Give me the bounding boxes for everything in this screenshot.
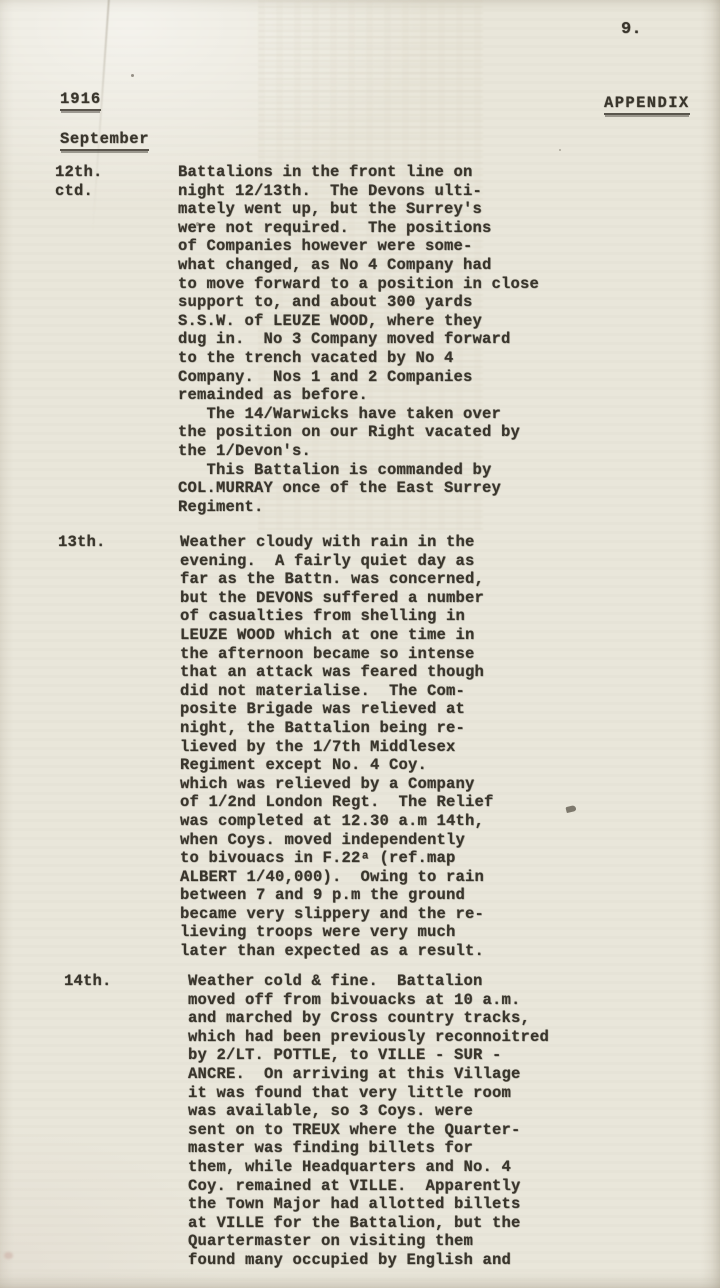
year-heading: 1916: [60, 90, 101, 111]
page-number: 9.: [621, 21, 642, 40]
entry-date-label: 12th. ctd.: [55, 163, 103, 200]
entry-body-text: Weather cold & fine. Battalion moved off…: [188, 972, 549, 1270]
paper-blemish: [4, 1252, 13, 1259]
entry-body-text: Battalions in the front line on night 12…: [178, 163, 539, 516]
ink-speck: [565, 805, 576, 813]
entry-body-text: Weather cloudy with rain in the evening.…: [180, 533, 494, 961]
entry-date-label: 13th.: [58, 533, 106, 552]
ink-speck: [131, 74, 134, 77]
entry-date-label: 14th.: [64, 972, 112, 991]
appendix-heading: APPENDIX: [604, 94, 690, 115]
month-heading: September: [60, 130, 149, 151]
diary-page: 9. 1916 APPENDIX September 12th. ctd. Ba…: [0, 0, 720, 1288]
ink-speck: [559, 149, 561, 151]
